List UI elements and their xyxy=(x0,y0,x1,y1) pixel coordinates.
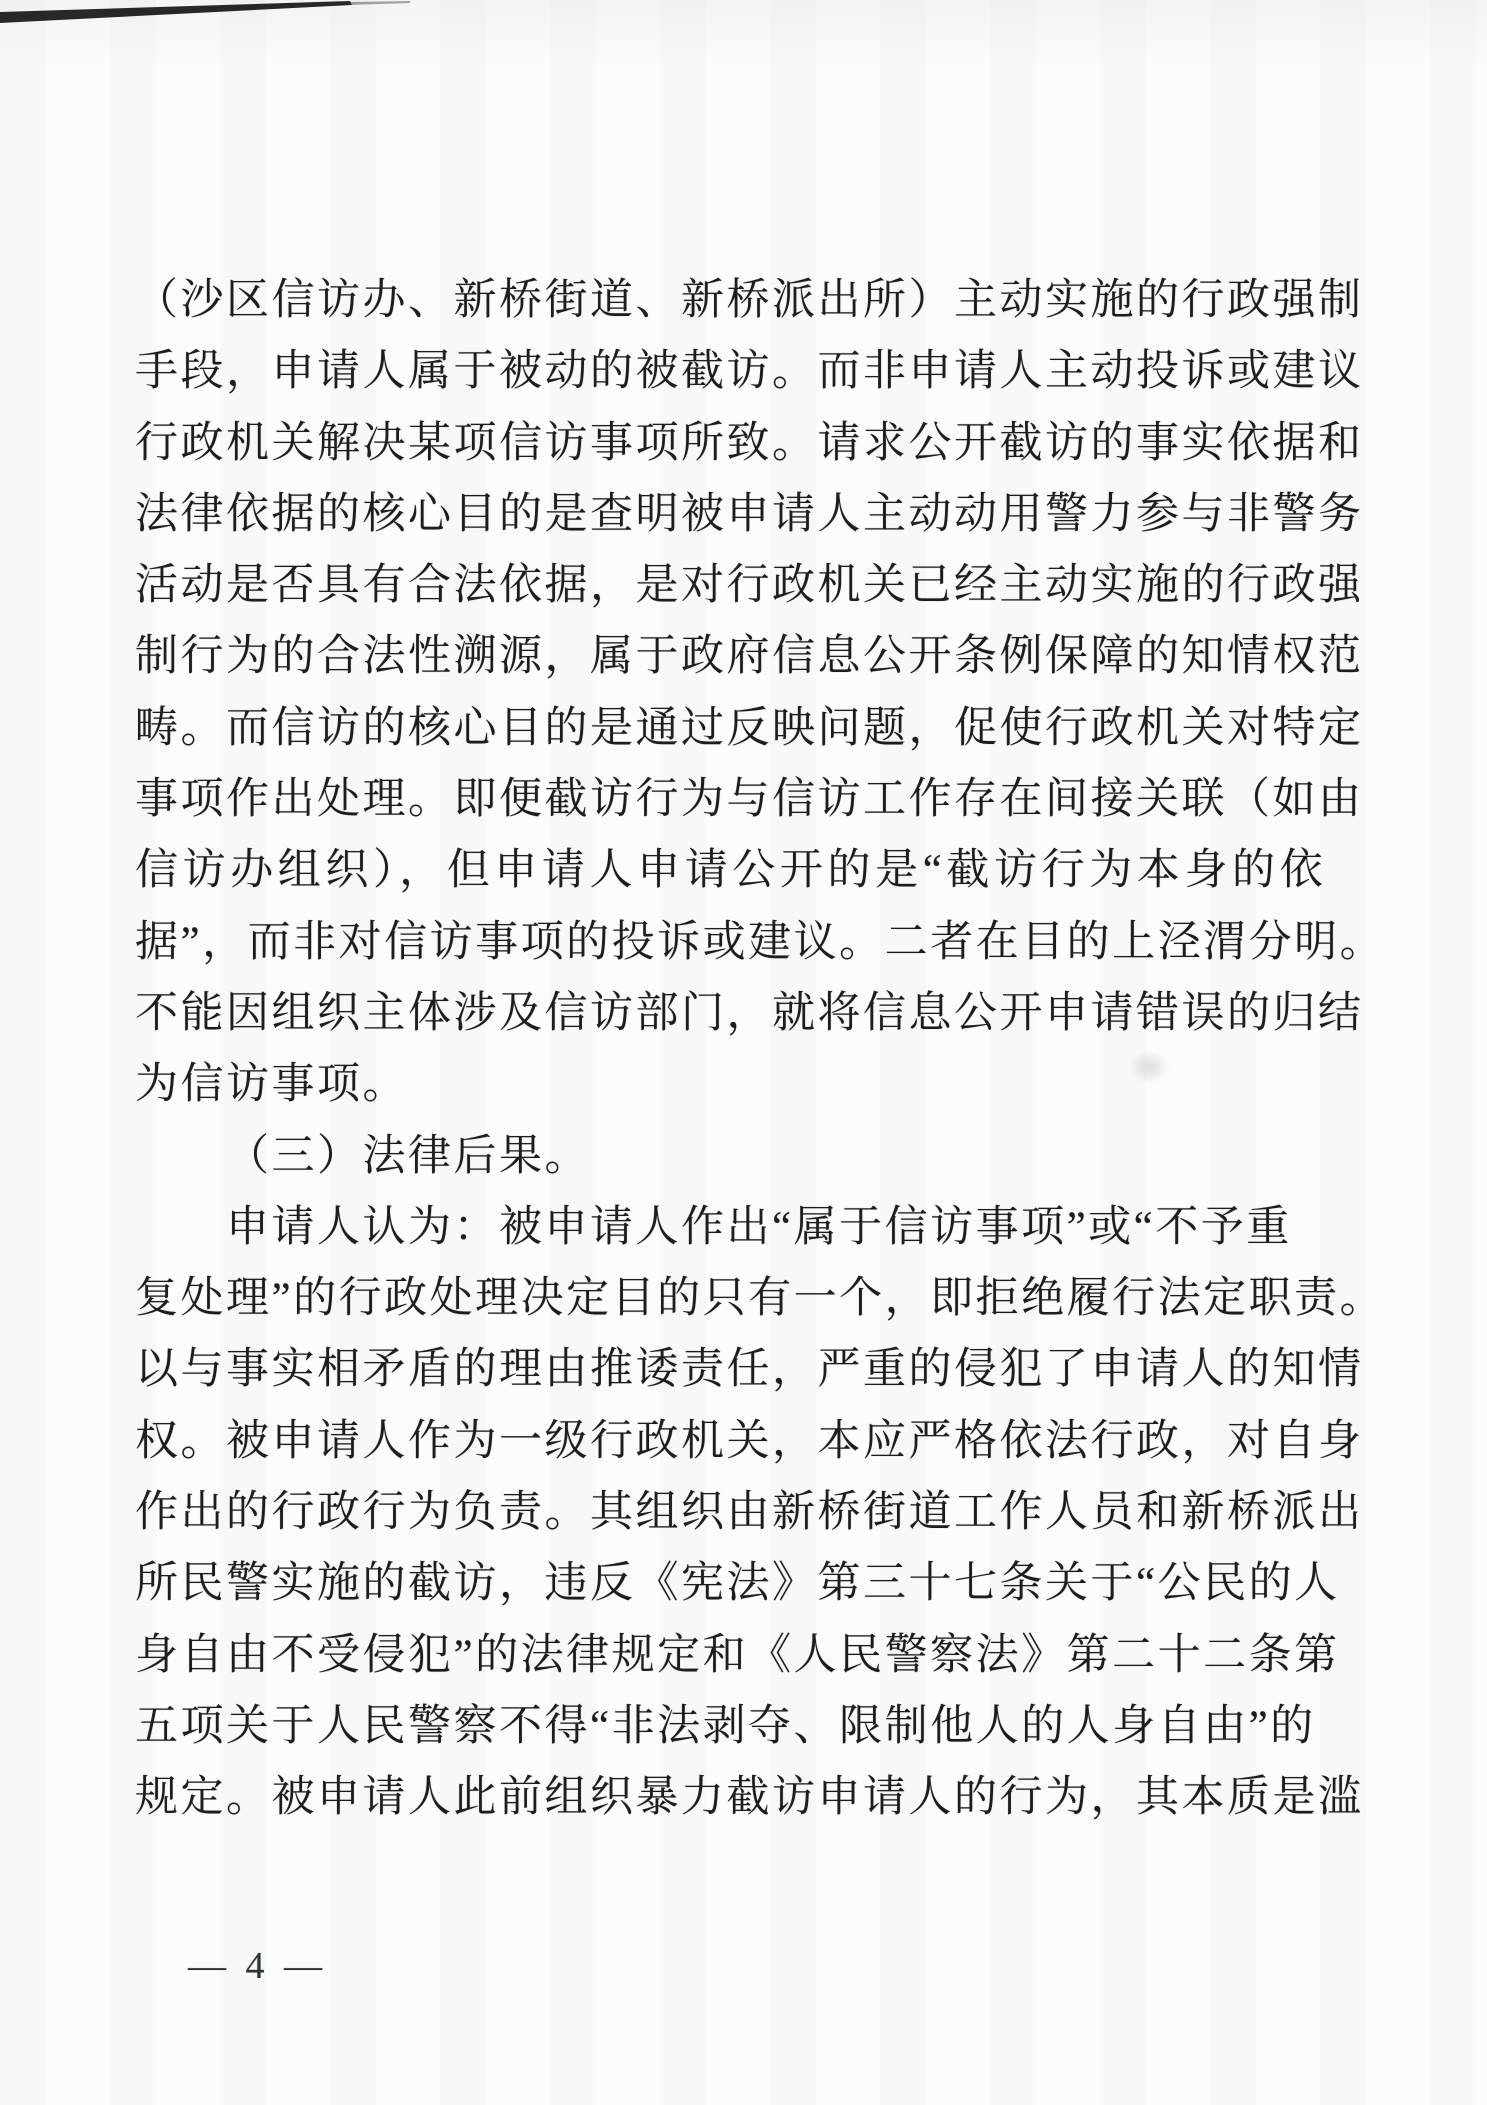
text-line: 权。被申请人作为一级行政机关，本应严格依法行政，对自身 xyxy=(135,1406,1367,1477)
text-line: 五项关于人民警察不得“非法剥夺、限制他人的人身自由”的 xyxy=(135,1691,1367,1762)
page-number: — 4 — xyxy=(188,1944,327,1988)
document-body: （沙区信访办、新桥街道、新桥派出所）主动实施的行政强制手段，申请人属于被动的被截… xyxy=(135,265,1367,1834)
text-line: 手段，申请人属于被动的被截访。而非申请人主动投诉或建议 xyxy=(135,336,1367,407)
text-line: （沙区信访办、新桥街道、新桥派出所）主动实施的行政强制 xyxy=(135,265,1367,336)
text-line: 申请人认为：被申请人作出“属于信访事项”或“不予重 xyxy=(135,1192,1367,1263)
text-line: （三）法律后果。 xyxy=(135,1121,1367,1192)
text-line: 据”，而非对信访事项的投诉或建议。二者在目的上泾渭分明。 xyxy=(135,907,1367,978)
text-line: 复处理”的行政处理决定目的只有一个，即拒绝履行法定职责。 xyxy=(135,1263,1367,1334)
text-line: 所民警实施的截访，违反《宪法》第三十七条关于“公民的人 xyxy=(135,1548,1367,1619)
text-line: 事项作出处理。即便截访行为与信访工作存在间接关联（如由 xyxy=(135,764,1367,835)
text-line: 信访办组织），但申请人申请公开的是“截访行为本身的依 xyxy=(135,835,1367,906)
text-line: 以与事实相矛盾的理由推诿责任，严重的侵犯了申请人的知情 xyxy=(135,1334,1367,1405)
text-line: 畴。而信访的核心目的是通过反映问题，促使行政机关对特定 xyxy=(135,693,1367,764)
text-line: 不能因组织主体涉及信访部门，就将信息公开申请错误的归结 xyxy=(135,978,1367,1049)
text-line: 法律依据的核心目的是查明被申请人主动动用警力参与非警务 xyxy=(135,479,1367,550)
text-line: 规定。被申请人此前组织暴力截访申请人的行为，其本质是滥 xyxy=(135,1762,1367,1833)
scan-artifact-line xyxy=(0,0,420,34)
text-line: 作出的行政行为负责。其组织由新桥街道工作人员和新桥派出 xyxy=(135,1477,1367,1548)
document-page: （沙区信访办、新桥街道、新桥派出所）主动实施的行政强制手段，申请人属于被动的被截… xyxy=(0,0,1487,2105)
text-line: 制行为的合法性溯源，属于政府信息公开条例保障的知情权范 xyxy=(135,621,1367,692)
text-line: 行政机关解决某项信访事项所致。请求公开截访的事实依据和 xyxy=(135,408,1367,479)
text-line: 活动是否具有合法依据，是对行政机关已经主动实施的行政强 xyxy=(135,550,1367,621)
text-line: 身自由不受侵犯”的法律规定和《人民警察法》第二十二条第 xyxy=(135,1620,1367,1691)
text-line: 为信访事项。 xyxy=(135,1049,1367,1120)
